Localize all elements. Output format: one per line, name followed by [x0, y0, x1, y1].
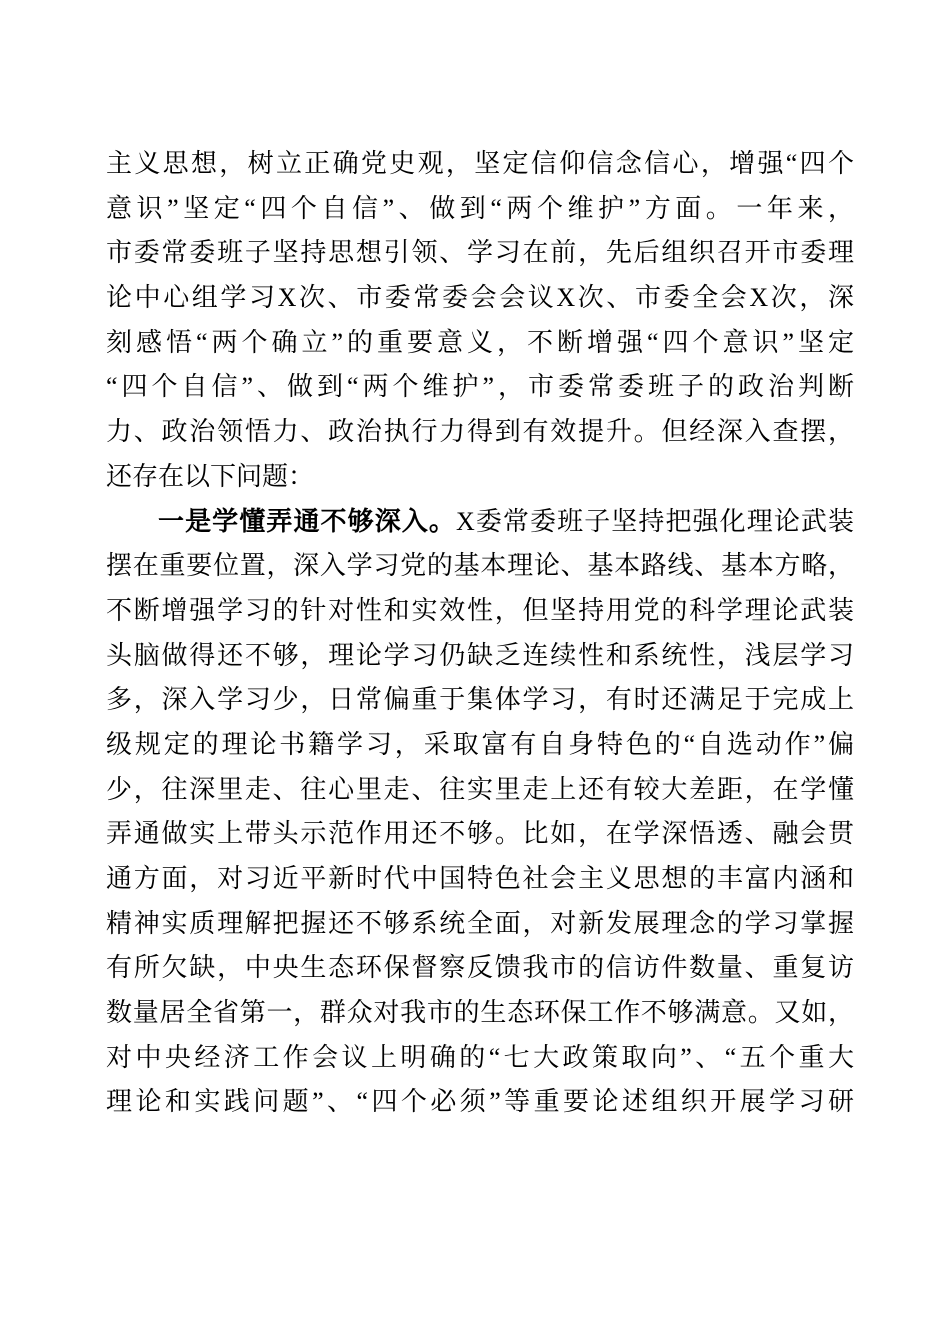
text-line: “四个自信”、做到“两个维护”，市委常委班子的政治判断 [106, 365, 854, 410]
text-line: 市委常委班子坚持思想引领、学习在前，先后组织召开市委理 [106, 231, 854, 276]
text-line: 力、政治领悟力、政治执行力得到有效提升。但经深入查摆， [106, 410, 854, 455]
text-line: 精神实质理解把握还不够系统全面，对新发展理念的学习掌握 [106, 902, 854, 947]
text-line: 一是学懂弄通不够深入。X委常委班子坚持把强化理论武装 [106, 500, 854, 545]
document-text-block: 主义思想，树立正确党史观，坚定信仰信念信心，增强“四个意识”坚定“四个自信”、做… [106, 142, 854, 1125]
text-line: 少，往深里走、往心里走、往实里走上还有较大差距，在学懂 [106, 768, 854, 813]
text-line: 对中央经济工作会议上明确的“七大政策取向”、“五个重大 [106, 1036, 854, 1081]
text-line: 不断增强学习的针对性和实效性，但坚持用党的科学理论武装 [106, 589, 854, 634]
paragraph-continuation: 主义思想，树立正确党史观，坚定信仰信念信心，增强“四个意识”坚定“四个自信”、做… [106, 142, 854, 500]
text-line: 主义思想，树立正确党史观，坚定信仰信念信心，增强“四个 [106, 142, 854, 187]
text-line: 有所欠缺，中央生态环保督察反馈我市的信访件数量、重复访 [106, 946, 854, 991]
text-line: 头脑做得还不够，理论学习仍缺乏连续性和系统性，浅层学习 [106, 634, 854, 679]
paragraph-point-one: 一是学懂弄通不够深入。X委常委班子坚持把强化理论武装摆在重要位置，深入学习党的基… [106, 500, 854, 1126]
text-line: 多，深入学习少，日常偏重于集体学习，有时还满足于完成上 [106, 678, 854, 723]
document-page: 主义思想，树立正确党史观，坚定信仰信念信心，增强“四个意识”坚定“四个自信”、做… [0, 0, 950, 1344]
text-line: 通方面，对习近平新时代中国特色社会主义思想的丰富内涵和 [106, 857, 854, 902]
text-line: 论中心组学习X次、市委常委会会议X次、市委全会X次，深 [106, 276, 854, 321]
text-line: 意识”坚定“四个自信”、做到“两个维护”方面。一年来， [106, 187, 854, 232]
text-line: 数量居全省第一，群众对我市的生态环保工作不够满意。又如， [106, 991, 854, 1036]
text-line: 刻感悟“两个确立”的重要意义，不断增强“四个意识”坚定 [106, 321, 854, 366]
text-line: 弄通做实上带头示范作用还不够。比如，在学深悟透、融会贯 [106, 812, 854, 857]
text-line: 级规定的理论书籍学习，采取富有自身特色的“自选动作”偏 [106, 723, 854, 768]
text-line: 理论和实践问题”、“四个必须”等重要论述组织开展学习研 [106, 1080, 854, 1125]
text-line: 摆在重要位置，深入学习党的基本理论、基本路线、基本方略， [106, 544, 854, 589]
emphasized-lead-text: 一是学懂弄通不够深入。 [158, 507, 456, 536]
text-line: 还存在以下问题： [106, 455, 854, 500]
body-text: X委常委班子坚持把强化理论武装 [456, 507, 854, 536]
